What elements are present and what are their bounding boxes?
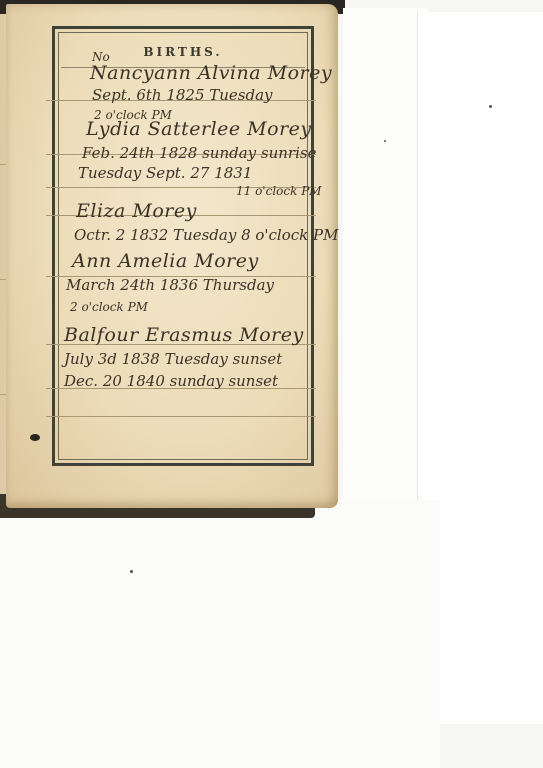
dust-speck: [384, 140, 386, 142]
dust-speck: [489, 105, 492, 108]
entry-date: July 3d 1838 Tuesday sunset: [64, 350, 282, 368]
backing-paper-sheet: [343, 8, 428, 526]
birth-entries: No Nancyann Alvina Morey Sept. 6th 1825 …: [6, 4, 346, 504]
entry-date: March 24th 1836 Thursday: [66, 276, 274, 294]
entry-date: Sept. 6th 1825 Tuesday: [92, 86, 273, 104]
entry-date: Feb. 24th 1828 sunday sunrise: [82, 144, 316, 162]
entry-name: Ann Amelia Morey: [72, 250, 259, 272]
dust-speck: [130, 570, 133, 573]
entry-name: Lydia Satterlee Morey: [86, 118, 312, 140]
entry-name: Eliza Morey: [76, 200, 197, 222]
entry-date: Tuesday Sept. 27 1831: [78, 164, 252, 182]
backing-paper-sheet-bottom: [0, 500, 440, 768]
ink-blot: [30, 434, 40, 441]
entry-name: Nancyann Alvina Morey: [90, 62, 332, 84]
entry-time: 2 o'clock PM: [70, 300, 148, 314]
entry-date: Octr. 2 1832 Tuesday 8 o'clock PM: [74, 226, 338, 244]
entry-date: Dec. 20 1840 sunday sunset: [64, 372, 278, 390]
births-page: BIRTHS. No Nancyann Alvina Morey Sept. 6…: [6, 4, 338, 508]
entry-time: 11 o'clock PM: [236, 184, 322, 198]
entry-name: Balfour Erasmus Morey: [64, 324, 304, 346]
